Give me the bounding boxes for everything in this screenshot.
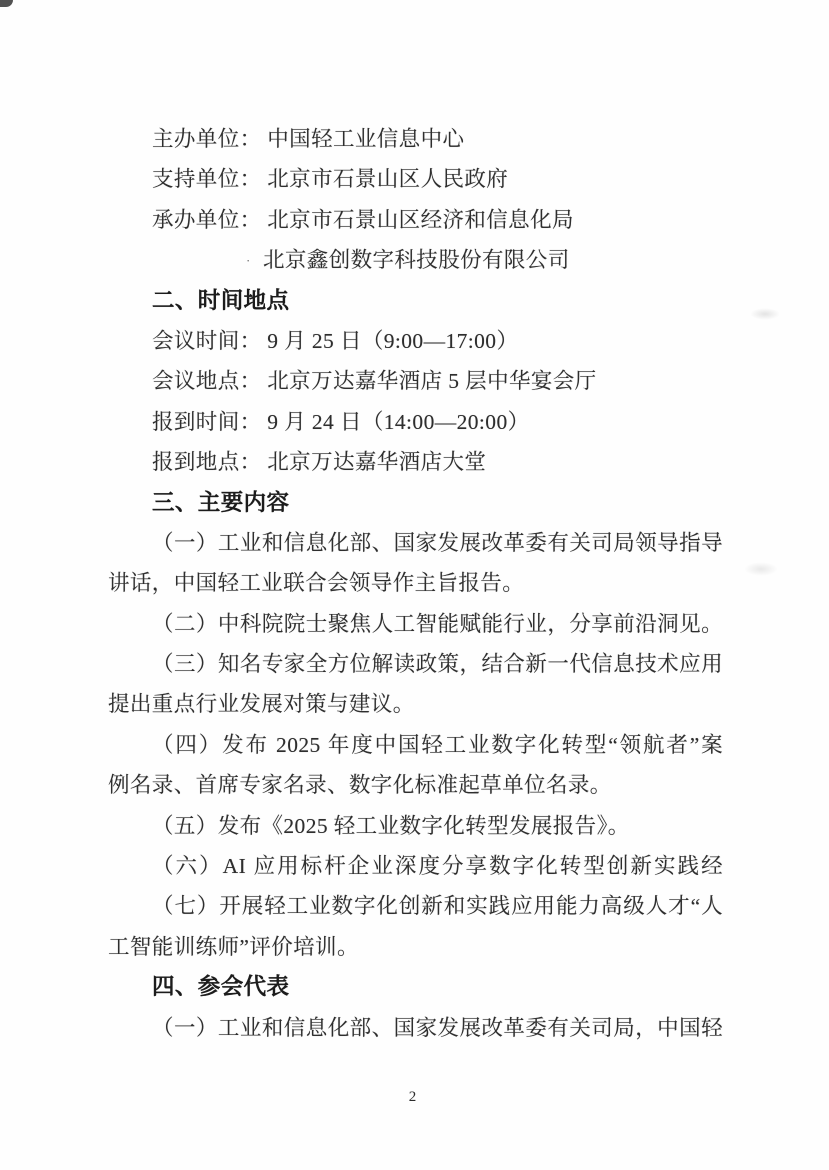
text-line: 会议地点： 北京万达嘉华酒店 5 层中华宴会厅 (108, 361, 723, 401)
text-line: ·北京鑫创数字科技股份有限公司 (108, 240, 723, 280)
scan-smudge (750, 308, 780, 320)
scan-smudge (744, 562, 778, 576)
text-line: （一）工业和信息化部、国家发展改革委有关司局，中国轻 (108, 1008, 723, 1048)
text-line: （二）中科院院士聚焦人工智能赋能行业，分享前沿洞见。 (108, 604, 723, 644)
text-line: 讲话，中国轻工业联合会领导作主旨报告。 (108, 563, 723, 603)
text-line: 主办单位： 中国轻工业信息中心 (108, 119, 723, 159)
document-page: 主办单位： 中国轻工业信息中心支持单位： 北京市石景山区人民政府承办单位： 北京… (0, 0, 829, 1170)
text-line: 会议时间： 9 月 25 日（9:00—17:00） (108, 321, 723, 361)
text-line: （一）工业和信息化部、国家发展改革委有关司局领导指导 (108, 523, 723, 563)
section-heading: 四、参会代表 (108, 967, 723, 1007)
text-line: （五）发布《2025 轻工业数字化转型发展报告》。 (108, 806, 723, 846)
text-line: 报到地点： 北京万达嘉华酒店大堂 (108, 442, 723, 482)
document-body: 主办单位： 中国轻工业信息中心支持单位： 北京市石景山区人民政府承办单位： 北京… (108, 119, 723, 1048)
scan-corner-artifact (0, 0, 13, 7)
text-line: 例名录、首席专家名录、数字化标准起草单位名录。 (108, 765, 723, 805)
text-line: （七）开展轻工业数字化创新和实践应用能力高级人才“人 (108, 886, 723, 926)
text-line: （六）AI 应用标杆企业深度分享数字化转型创新实践经验。 (108, 846, 723, 886)
section-heading: 二、时间地点 (108, 281, 723, 321)
dot-mark: · (246, 241, 263, 281)
text-line: （三）知名专家全方位解读政策，结合新一代信息技术应用 (108, 644, 723, 684)
page-number: 2 (0, 1089, 825, 1106)
text-line: 报到时间： 9 月 24 日（14:00—20:00） (108, 402, 723, 442)
text-line: 提出重点行业发展对策与建议。 (108, 684, 723, 724)
text-line: 承办单位： 北京市石景山区经济和信息化局 (108, 200, 723, 240)
text-line: （四）发布 2025 年度中国轻工业数字化转型“领航者”案 (108, 725, 723, 765)
text-line: 支持单位： 北京市石景山区人民政府 (108, 159, 723, 199)
text-line: 工智能训练师”评价培训。 (108, 927, 723, 967)
section-heading: 三、主要内容 (108, 483, 723, 523)
